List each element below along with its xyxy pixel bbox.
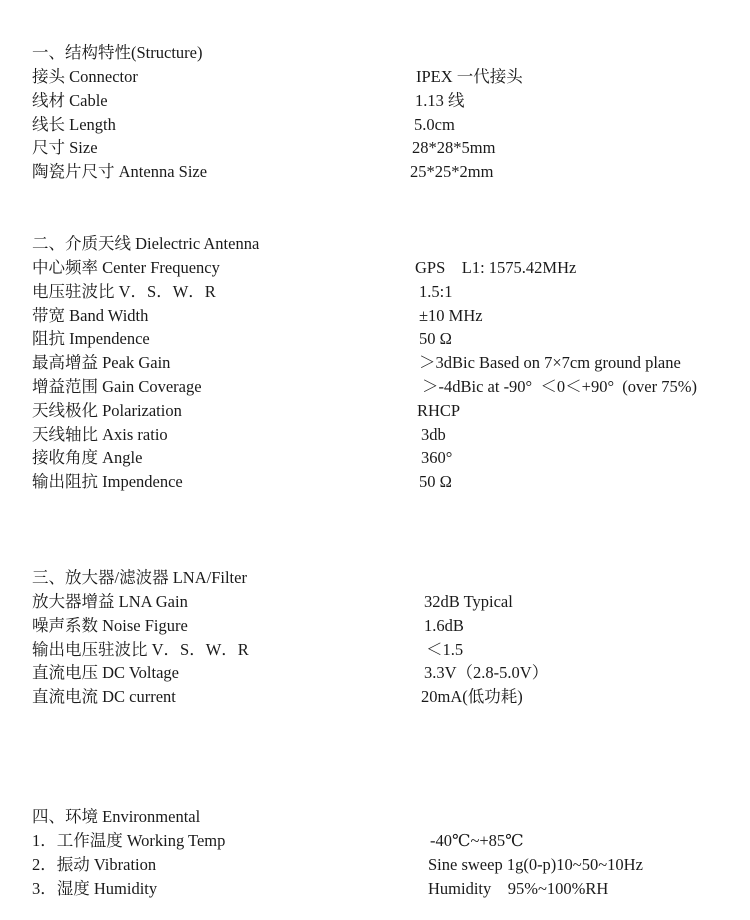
spec-value: 50 Ω bbox=[419, 470, 452, 494]
spec-row-dc-current: 直流电流 DC current 20mA(低功耗) bbox=[32, 685, 742, 709]
spec-row-gain-coverage: 增益范围 Gain Coverage ＞-4dBic at -90° ＜0＜+9… bbox=[32, 375, 742, 399]
spec-label: 增益范围 Gain Coverage bbox=[32, 375, 202, 399]
spec-label: 2．振动 Vibration bbox=[32, 853, 156, 877]
spec-row-impedance: 阻抗 Impendence 50 Ω bbox=[32, 327, 742, 351]
section-dielectric-antenna: 二、介质天线 Dielectric Antenna 中心频率 Center Fr… bbox=[32, 232, 742, 494]
spec-label: 直流电流 DC current bbox=[32, 685, 176, 709]
spec-row-band-width: 带宽 Band Width ±10 MHz bbox=[32, 304, 742, 328]
spec-label: 天线轴比 Axis ratio bbox=[32, 423, 168, 447]
section-title-lna-filter: 三、放大器/滤波器 LNA/Filter bbox=[32, 566, 742, 590]
spec-label: 带宽 Band Width bbox=[32, 304, 148, 328]
spec-label: 阻抗 Impendence bbox=[32, 327, 150, 351]
spec-row-cable: 线材 Cable 1.13 线 bbox=[32, 89, 742, 113]
spec-value: 360° bbox=[421, 446, 452, 470]
spec-label: 陶瓷片尺寸 Antenna Size bbox=[32, 160, 207, 184]
spec-row-angle: 接收角度 Angle 360° bbox=[32, 446, 742, 470]
spec-label: 尺寸 Size bbox=[32, 136, 98, 160]
spec-value: 3.3V（2.8-5.0V） bbox=[424, 661, 548, 685]
section-structure: 一、结构特性(Structure) 接头 Connector IPEX 一代接头… bbox=[32, 41, 742, 184]
spec-value: 20mA(低功耗) bbox=[421, 685, 523, 709]
spec-row-axis-ratio: 天线轴比 Axis ratio 3db bbox=[32, 423, 742, 447]
spec-label: 放大器增益 LNA Gain bbox=[32, 590, 188, 614]
spec-row-lna-gain: 放大器增益 LNA Gain 32dB Typical bbox=[32, 590, 742, 614]
spec-row-length: 线长 Length 5.0cm bbox=[32, 113, 742, 137]
section-environmental: 四、环境 Environmental 1．工作温度 Working Temp -… bbox=[32, 805, 742, 900]
spec-value: 1.5:1 bbox=[419, 280, 452, 304]
spec-label: 接收角度 Angle bbox=[32, 446, 142, 470]
spec-row-working-temp: 1．工作温度 Working Temp -40℃~+85℃ bbox=[32, 829, 742, 853]
spec-row-noise-figure: 噪声系数 Noise Figure 1.6dB bbox=[32, 614, 742, 638]
spec-value: GPS L1: 1575.42MHz bbox=[415, 256, 576, 280]
spec-row-dc-voltage: 直流电压 DC Voltage 3.3V（2.8-5.0V） bbox=[32, 661, 742, 685]
spec-value: Sine sweep 1g(0-p)10~50~10Hz bbox=[428, 853, 643, 877]
spec-row-peak-gain: 最高增益 Peak Gain ＞3dBic Based on 7×7cm gro… bbox=[32, 351, 742, 375]
spec-value: ＞3dBic Based on 7×7cm ground plane bbox=[419, 351, 681, 375]
section-lna-filter: 三、放大器/滤波器 LNA/Filter 放大器增益 LNA Gain 32dB… bbox=[32, 566, 742, 709]
spec-label: 输出阻抗 Impendence bbox=[32, 470, 183, 494]
spec-row-vibration: 2．振动 Vibration Sine sweep 1g(0-p)10~50~1… bbox=[32, 853, 742, 877]
spec-label: 天线极化 Polarization bbox=[32, 399, 182, 423]
spec-value: -40℃~+85℃ bbox=[430, 829, 524, 853]
spec-label: 接头 Connector bbox=[32, 65, 138, 89]
section-title-dielectric-antenna: 二、介质天线 Dielectric Antenna bbox=[32, 232, 742, 256]
spec-row-center-frequency: 中心频率 Center Frequency GPS L1: 1575.42MHz bbox=[32, 256, 742, 280]
spec-value: Humidity 95%~100%RH bbox=[428, 877, 608, 901]
spec-value: ＜1.5 bbox=[426, 638, 463, 662]
spec-value: 1.13 线 bbox=[415, 89, 465, 113]
spec-label: 直流电压 DC Voltage bbox=[32, 661, 179, 685]
spec-value: RHCP bbox=[417, 399, 460, 423]
section-title-structure: 一、结构特性(Structure) bbox=[32, 41, 742, 65]
spec-value: IPEX 一代接头 bbox=[416, 65, 523, 89]
spec-row-output-impedance: 输出阻抗 Impendence 50 Ω bbox=[32, 470, 742, 494]
spec-value: ±10 MHz bbox=[419, 304, 483, 328]
spec-row-humidity: 3．湿度 Humidity Humidity 95%~100%RH bbox=[32, 877, 742, 901]
spec-value: 28*28*5mm bbox=[412, 136, 495, 160]
spec-value: 32dB Typical bbox=[424, 590, 513, 614]
section-title-environmental: 四、环境 Environmental bbox=[32, 805, 742, 829]
spec-label: 电压驻波比 V．S．W．R bbox=[32, 280, 216, 304]
spec-value: 1.6dB bbox=[424, 614, 464, 638]
spec-row-polarization: 天线极化 Polarization RHCP bbox=[32, 399, 742, 423]
spec-row-vswr: 电压驻波比 V．S．W．R 1.5:1 bbox=[32, 280, 742, 304]
spec-label: 中心频率 Center Frequency bbox=[32, 256, 220, 280]
spec-value: 3db bbox=[421, 423, 446, 447]
spec-label: 1．工作温度 Working Temp bbox=[32, 829, 225, 853]
spec-label: 3．湿度 Humidity bbox=[32, 877, 157, 901]
spec-value: 50 Ω bbox=[419, 327, 452, 351]
spec-label: 线材 Cable bbox=[32, 89, 108, 113]
spec-value: ＞-4dBic at -90° ＜0＜+90° (over 75%) bbox=[422, 375, 697, 399]
spec-label: 输出电压驻波比 V．S．W．R bbox=[32, 638, 249, 662]
spec-label: 最高增益 Peak Gain bbox=[32, 351, 170, 375]
spec-row-connector: 接头 Connector IPEX 一代接头 bbox=[32, 65, 742, 89]
spec-row-antenna-size: 陶瓷片尺寸 Antenna Size 25*25*2mm bbox=[32, 160, 742, 184]
spec-label: 噪声系数 Noise Figure bbox=[32, 614, 188, 638]
spec-row-output-vswr: 输出电压驻波比 V．S．W．R ＜1.5 bbox=[32, 638, 742, 662]
spec-value: 25*25*2mm bbox=[410, 160, 493, 184]
spec-label: 线长 Length bbox=[32, 113, 116, 137]
spec-row-size: 尺寸 Size 28*28*5mm bbox=[32, 136, 742, 160]
spec-value: 5.0cm bbox=[414, 113, 455, 137]
